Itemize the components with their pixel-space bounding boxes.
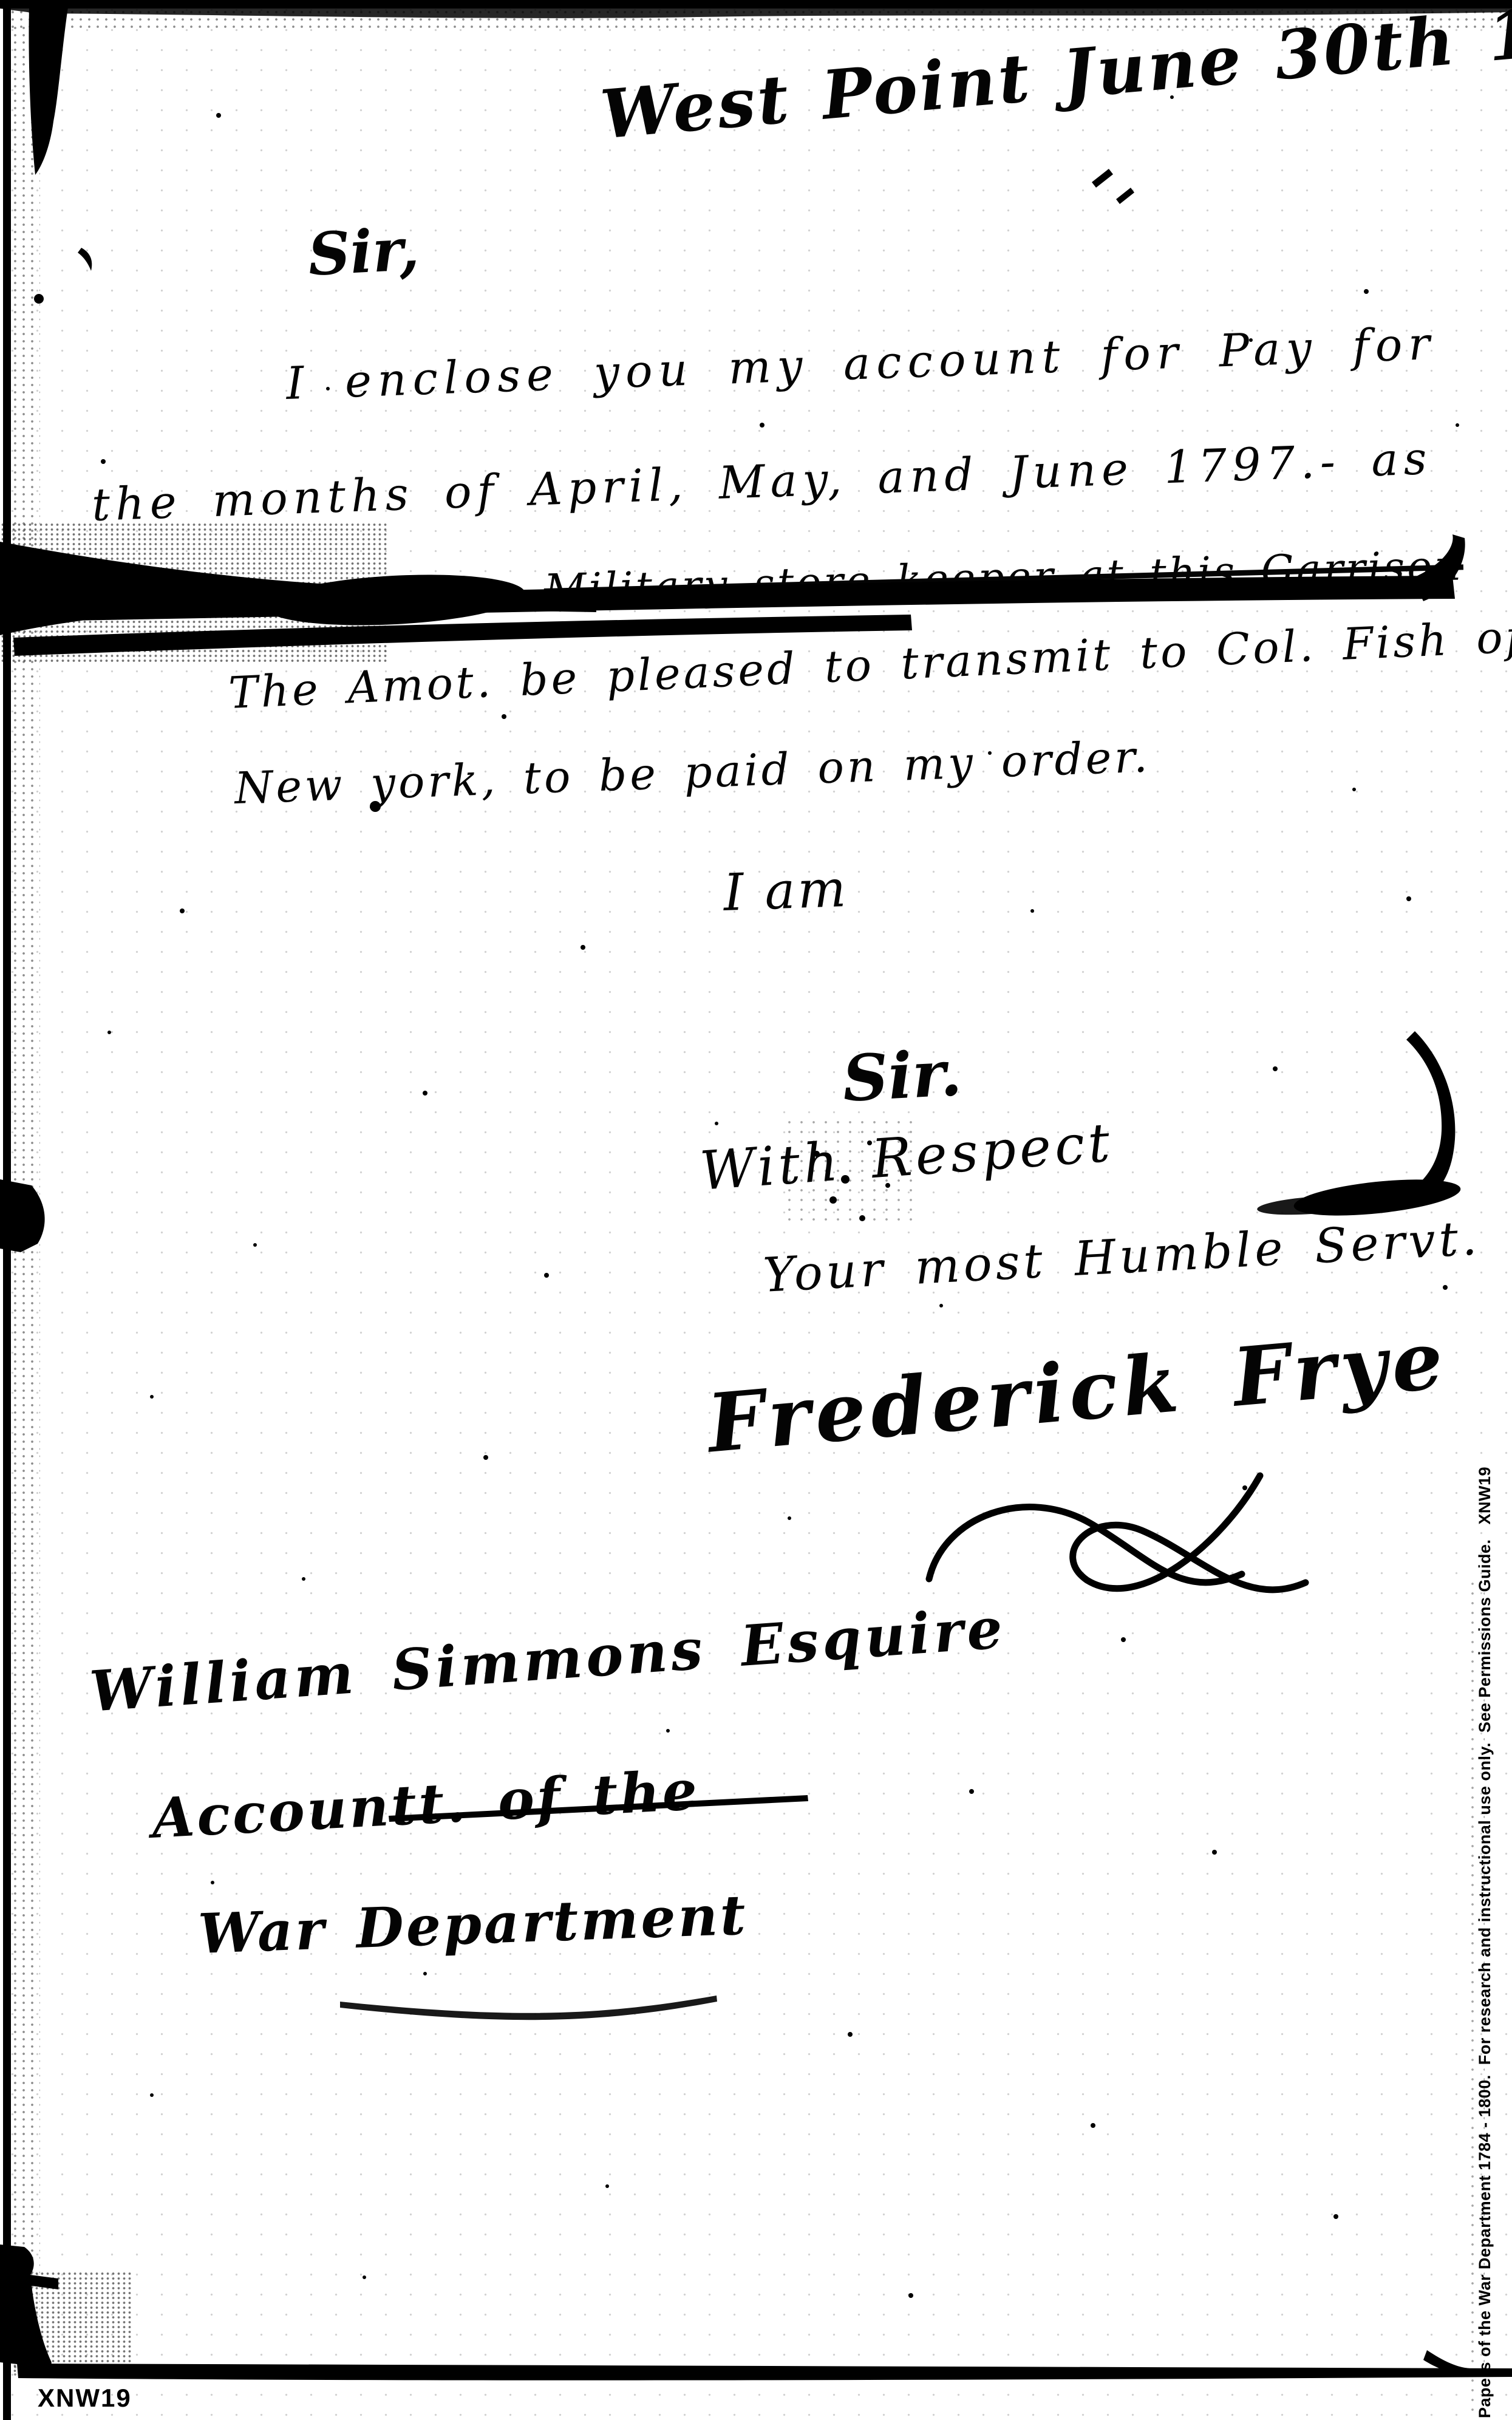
signature-flourish: [929, 1476, 1306, 1590]
body-line-5: New york, to be paid on my order.: [234, 734, 1151, 810]
body-line-3-struck-out: Military store keeper at this Garrison: [543, 545, 1464, 611]
dateline: West Point June 30th 1797: [598, 0, 1512, 149]
salutation: Sir,: [307, 220, 421, 284]
bottom-border-bar: [17, 2364, 1512, 2381]
body-line-2: the months of April, May, and June 1797.…: [91, 436, 1433, 528]
fold-noise: [0, 522, 389, 662]
archive-sidebar-label: Papers of the War Department 1784 - 1800…: [1477, 1410, 1505, 2418]
left-edge-noise: [11, 24, 40, 2381]
left-border-strip: [3, 0, 11, 2420]
sheet-code-label: XNW19: [38, 2385, 132, 2411]
bottom-left-blob: [0, 2244, 58, 2367]
closing-sir: Sir.: [841, 1041, 963, 1111]
closing-humble-servant: Your most Humble Servt.: [762, 1215, 1482, 1300]
corner-blob: [29, 7, 68, 175]
scanned-letter-page: West Point June 30th 1797 Sir, I enclose…: [0, 0, 1512, 2420]
closing-with-respect: With Respect: [698, 1116, 1115, 1198]
top-border-bar: [0, 0, 1512, 9]
address-line-3: War Department: [197, 1887, 749, 1962]
flourish-curve: [1406, 1031, 1455, 1205]
left-margin-blob: [0, 1179, 45, 1252]
body-line-4: The Amot. be pleased to transmit to Col.…: [228, 615, 1512, 715]
address-line-2: Accountt. of the: [151, 1763, 701, 1846]
bottom-left-noise: [12, 2271, 134, 2374]
closing-i-am: I am: [723, 863, 849, 918]
signature: Frederick Frye: [704, 1320, 1451, 1464]
address-line-1: William Simmons Esquire: [88, 1600, 1007, 1720]
fold-wedge: [0, 542, 596, 635]
ink-blot: [263, 569, 526, 631]
body-line-1: I enclose you my account for Pay for: [285, 321, 1437, 406]
